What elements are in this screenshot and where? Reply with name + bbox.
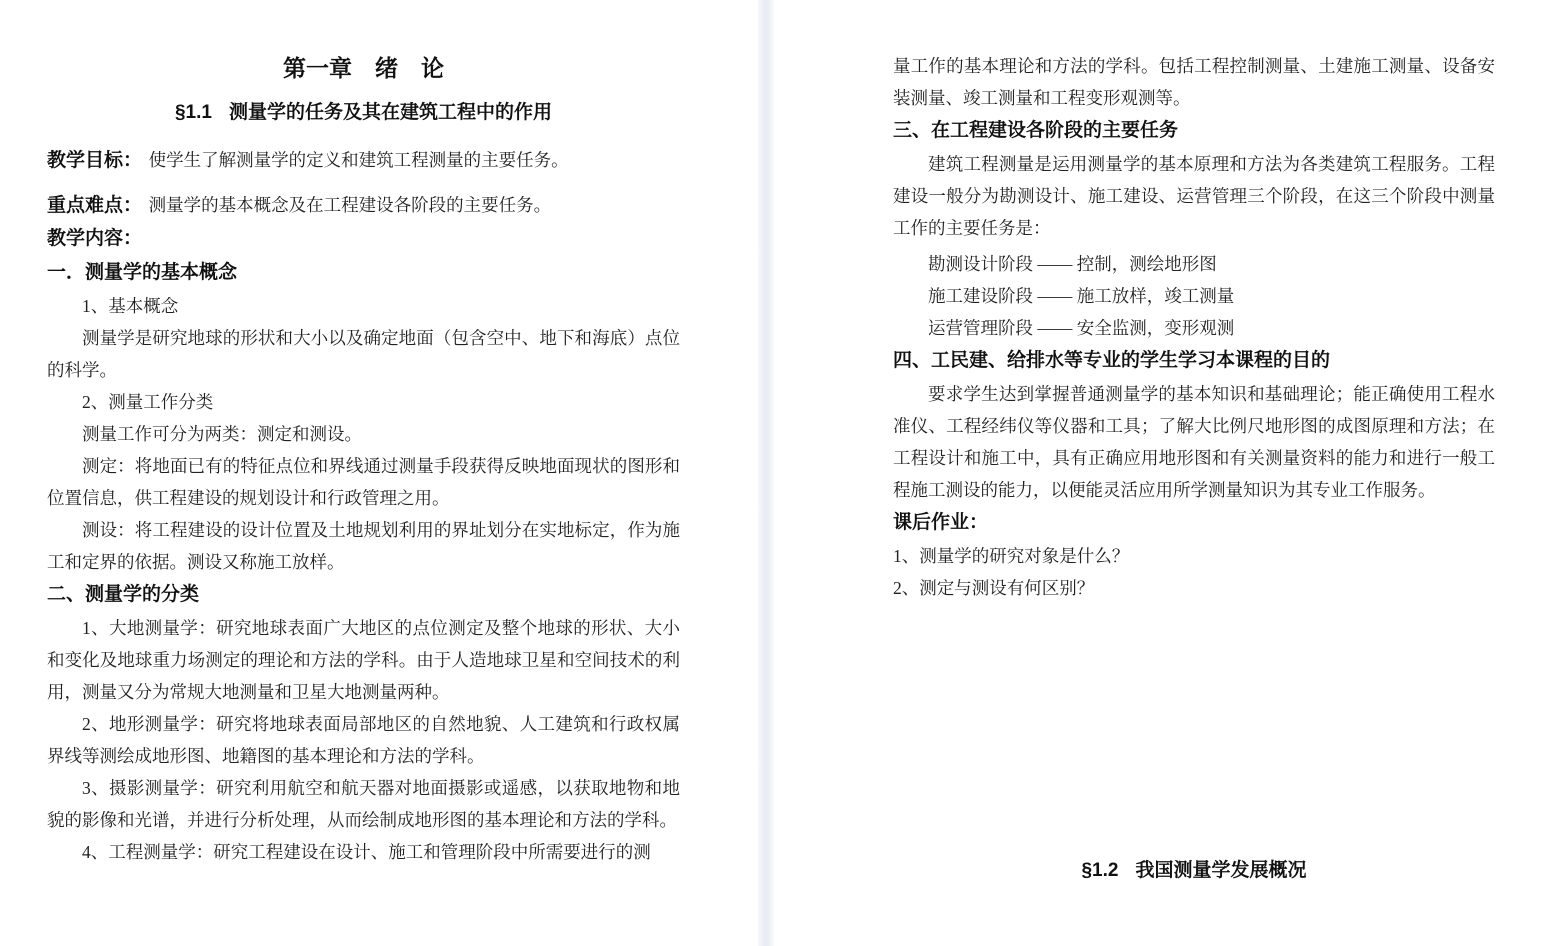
heading-three: 三、在工程建设各阶段的主要任务 bbox=[893, 114, 1495, 148]
page-right: 量工作的基本理论和方法的学科。包括工程控制测量、土建施工测量、设备安装测量、竣工… bbox=[774, 0, 1542, 946]
para-engineering-start: 4、工程测量学：研究工程建设在设计、施工和管理阶段中所需要进行的测 bbox=[47, 836, 680, 868]
next-section-number: §1.2 bbox=[1081, 860, 1118, 881]
para-definition: 测量学是研究地球的形状和大小以及确定地面（包含空中、地下和海底）点位的科学。 bbox=[47, 322, 680, 386]
teaching-objective-text: 使学生了解测量学的定义和建筑工程测量的主要任务。 bbox=[149, 150, 569, 170]
para-topographic: 2、地形测量学：研究将地球表面局部地区的自然地貌、人工建筑和行政权属界线等测绘成… bbox=[47, 708, 680, 772]
next-section-title: 我国测量学发展概况 bbox=[1136, 860, 1307, 881]
para-photogrammetry: 3、摄影测量学：研究利用航空和航天器对地面摄影或遥感，以获取地物和地貌的影像和光… bbox=[47, 772, 680, 836]
stage-line-construction: 施工建设阶段 —— 施工放样，竣工测量 bbox=[893, 280, 1495, 312]
homework-heading: 课后作业： bbox=[893, 506, 1495, 540]
section-heading-1-1: §1.1测量学的任务及其在建筑工程中的作用 bbox=[47, 98, 680, 128]
key-points: 重点难点：测量学的基本概念及在工程建设各阶段的主要任务。 bbox=[47, 189, 680, 222]
section-heading-1-2: §1.2我国测量学发展概况 bbox=[893, 856, 1495, 886]
page-left: 第一章 绪 论 §1.1测量学的任务及其在建筑工程中的作用 教学目标：使学生了解… bbox=[0, 0, 758, 946]
section-title: 测量学的任务及其在建筑工程中的作用 bbox=[229, 102, 552, 123]
document-spread: 第一章 绪 论 §1.1测量学的任务及其在建筑工程中的作用 教学目标：使学生了解… bbox=[0, 0, 1542, 946]
teaching-objective: 教学目标：使学生了解测量学的定义和建筑工程测量的主要任务。 bbox=[47, 144, 680, 177]
item-basic-concept: 1、基本概念 bbox=[47, 290, 680, 322]
para-ceshe: 测设：将工程建设的设计位置及土地规划利用的界址划分在实地标定，作为施工和定界的依… bbox=[47, 514, 680, 578]
chapter-title: 第一章 绪 论 bbox=[47, 50, 680, 86]
key-points-text: 测量学的基本概念及在工程建设各阶段的主要任务。 bbox=[149, 195, 552, 215]
item-work-classification: 2、测量工作分类 bbox=[47, 386, 680, 418]
para-ceding: 测定：将地面已有的特征点位和界线通过测量手段获得反映地面现状的图形和位置信息，供… bbox=[47, 450, 680, 514]
heading-two: 二、测量学的分类 bbox=[47, 578, 680, 612]
teaching-objective-label: 教学目标： bbox=[47, 150, 142, 171]
stage-line-operation: 运营管理阶段 —— 安全监测，变形观测 bbox=[893, 312, 1495, 344]
key-points-label: 重点难点： bbox=[47, 195, 142, 216]
stage-task-list: 勘测设计阶段 —— 控制，测绘地形图 施工建设阶段 —— 施工放样，竣工测量 运… bbox=[893, 248, 1495, 344]
content-heading: 教学内容： bbox=[47, 222, 680, 256]
homework-question-1: 1、测量学的研究对象是什么？ bbox=[893, 540, 1495, 572]
heading-one: 一．测量学的基本概念 bbox=[47, 256, 680, 290]
para-stages-intro: 建筑工程测量是运用测量学的基本原理和方法为各类建筑工程服务。工程建设一般分为勘测… bbox=[893, 148, 1495, 244]
para-course-goal: 要求学生达到掌握普通测量学的基本知识和基础理论；能正确使用工程水准仪、工程经纬仪… bbox=[893, 378, 1495, 506]
page-gutter-divider bbox=[758, 0, 774, 946]
para-engineering-continued: 量工作的基本理论和方法的学科。包括工程控制测量、土建施工测量、设备安装测量、竣工… bbox=[893, 50, 1495, 114]
homework-question-2: 2、测定与测设有何区别？ bbox=[893, 572, 1495, 604]
stage-line-survey-design: 勘测设计阶段 —— 控制，测绘地形图 bbox=[893, 248, 1495, 280]
section-number: §1.1 bbox=[175, 102, 212, 123]
heading-four: 四、工民建、给排水等专业的学生学习本课程的目的 bbox=[893, 344, 1495, 378]
para-two-types: 测量工作可分为两类：测定和测设。 bbox=[47, 418, 680, 450]
para-geodesy: 1、大地测量学：研究地球表面广大地区的点位测定及整个地球的形状、大小和变化及地球… bbox=[47, 612, 680, 708]
